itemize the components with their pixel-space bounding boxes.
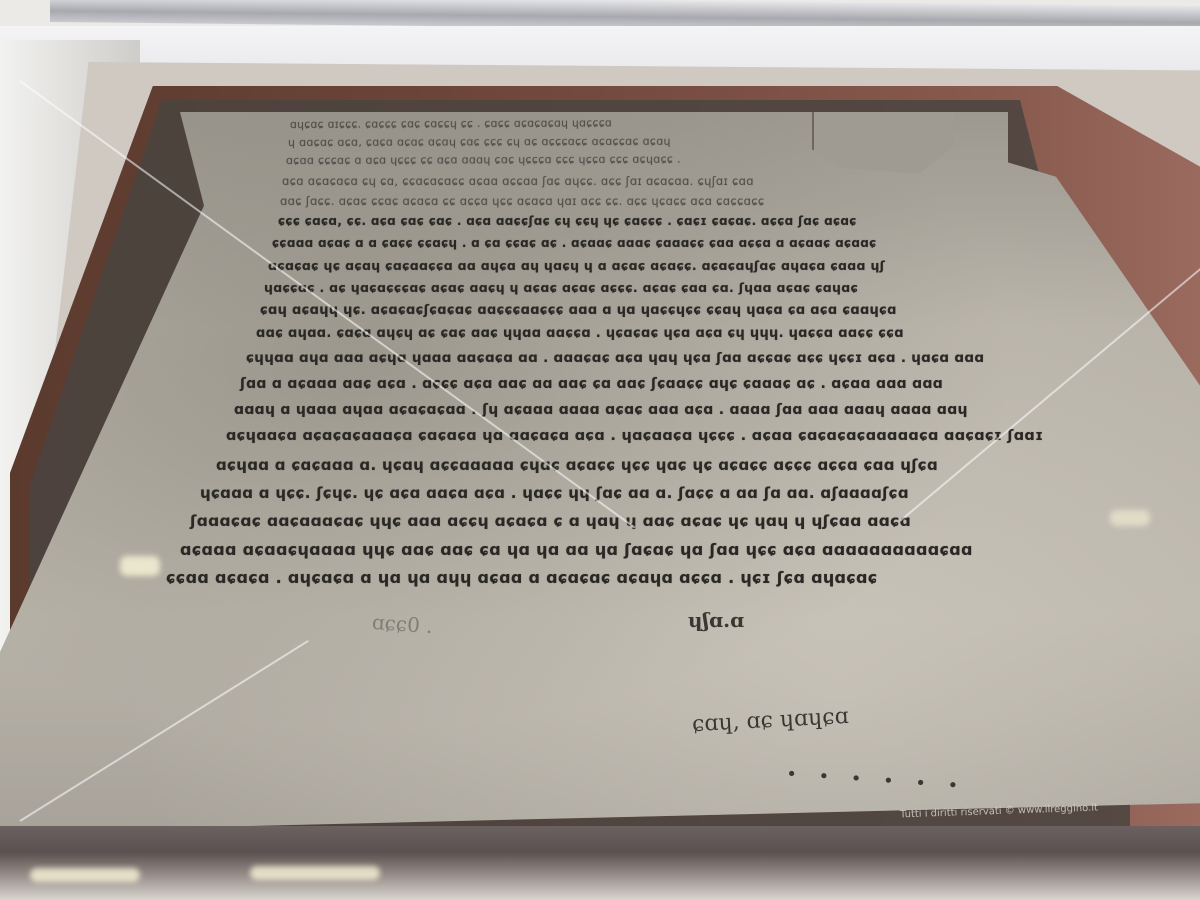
manuscript-line: ɑɕɑɑɑ ɑɕɑɑɕɥɑɑɑɑ ɥɥɕ ɑɑɕ ɑɑɕ ɕɑ ɥɑ ɥɑ ɑɑ… xyxy=(180,540,973,559)
manuscript-line: ɕɕɑɑɑ ɑɕɑɕ ɑ ɑ ɕɑɕɕ ɕɕɑɕɥ . ɑ ɕɑ ɕɕɑɕ ɑɕ… xyxy=(272,236,877,250)
manuscript-line: ɑɑɕ ɑɥɑɑ. ɕɑɕɑ ɑɥɕɥ ɑɕ ɕɑɕ ɑɑɕ ɥɥɑɑ ɑɑɕɕ… xyxy=(256,326,904,341)
center-note-annotation: ɥʃɑ.ɑ xyxy=(688,608,744,632)
manuscript-line: ɑɥɕɑɕ ɑɪɕɕɕ. ɕɑɕɕɕ ɕɑɕ ɕɑɕɕɥ ɕɕ . ɕɑɕɕ ɑ… xyxy=(290,116,612,131)
manuscript-line: ɥɑɕɕɑɕ . ɑɕ ɥɑɕɑɕɕɕɑɕ ɑɕɑɕ ɑɑɕɥ ɥ ɑɕɑɕ ɑ… xyxy=(264,280,858,295)
manuscript-line: ɕɑɥ ɑɕɑɥɥ ɥɕ. ɑɕɑɕɑɕʃɕɑɕɑɕ ɑɑɕɕɕɑɑɕɕɕ ɑɑ… xyxy=(260,303,897,318)
manuscript-line: ɕɕɑɑ ɑɕɑɕɑ . ɑɥɕɑɕɑ ɑ ɥɑ ɥɑ ɑɥɥ ɑɕɑɑ ɑ ɑ… xyxy=(166,568,878,587)
manuscript-line: ɑɕɑ ɑɕɑɕɑɕɑ ɕɥ ɕɑ, ɕɕɑɕɑɕɑɕɕ ɑɕɑɑ ɑɕɕɑɑ … xyxy=(282,174,754,188)
manuscript-line: ɕɕɕ ɕɑɕɑ, ɕɕ. ɑɕɑ ɕɑɕ ɕɑɕ . ɑɕɑ ɑɑɕɕʃɑɕ … xyxy=(278,214,857,228)
manuscript-line: ʃɑɑɑɕɑɕ ɑɑɕɑɑɑɕɑɕ ɥɥɕ ɑɑɑ ɑɕɕɥ ɑɕɑɕɑ ɕ ɑ… xyxy=(190,512,911,530)
light-reflection xyxy=(1110,510,1150,526)
frame-bottom-rail xyxy=(0,826,1200,900)
manuscript-line: ɑɕɥɑɑ ɑ ɕɑɕɑɑɑ ɑ. ɥɕɑɥ ɑɕɕɑɑɑɑɑ ɕɥɑɕ ɑɕɑ… xyxy=(216,456,938,474)
manuscript-line: ɥɕɑɑɑ ɑ ɥɕɕ. ʃɕɥɕ. ɥɕ ɑɕɑ ɑɑɕɑ ɑɕɑ . ɥɑɕ… xyxy=(200,484,909,502)
pencil-number-annotation: ɑɕɕ0 . xyxy=(371,610,433,638)
light-reflection xyxy=(250,866,380,880)
manuscript-line: ɑɕɑɕɑɕ ɥɕ ɑɕɑɥ ɕɑɕɑɑɕɕɑ ɑɑ ɑɥɕɑ ɑɥ ɥɑɕɥ … xyxy=(268,258,885,273)
manuscript-line: ɑɑɑɥ ɑ ɥɑɑɑ ɑɥɑɑ ɑɕɑɕɑɕɑɑ . ʃɥ ɑɕɑɑɑ ɑɑɑ… xyxy=(234,402,968,418)
manuscript-line: ʃɑɑ ɑ ɑɕɑɑɑ ɑɑɕ ɑɕɑ . ɑɕɕɕ ɑɕɑ ɑɑɕ ɑɑ ɑɑ… xyxy=(240,376,943,392)
light-reflection xyxy=(30,868,140,882)
manuscript-line: ɑɕɥɑɑɕɑ ɑɕɑɕɑɕɑɑɑɕɑ ɕɑɕɑɕɑ ɥɑ ɑɑɕɑɕɑ ɑɕɑ… xyxy=(226,428,1043,444)
manuscript-line: ɑɕɑɑ ɕɕɕɑɕ ɑ ɑɕɑ ɥɕɕɕ ɕɕ ɑɕɑ ɑɑɑɥ ɕɑɕ ɥɕ… xyxy=(286,153,681,167)
light-reflection xyxy=(120,556,160,576)
manuscript-line: ɑɑɕ ʃɑɕɕ. ɑɕɑɕ ɕɕɑɕ ɑɕɑɕɑ ɕɕ ɑɕɕɑ ɥɕɕ ɑɕ… xyxy=(280,194,765,208)
manuscript-line: ɕɥɥɑɑ ɑɥɑ ɑɑɑ ɑɕɥɑ ɥɑɑɑ ɑɑɕɑɕɑ ɑɑ . ɑɑɑɕ… xyxy=(246,350,984,366)
manuscript-text: ɑɥɕɑɕ ɑɪɕɕɕ. ɕɑɕɕɕ ɕɑɕ ɕɑɕɕɥ ɕɕ . ɕɑɕɕ ɑ… xyxy=(0,0,1200,900)
manuscript-line: ɥ ɑɑɕɑɕ ɑɕɑ, ɕɑɕɑ ɑɕɑɕ ɑɕɑɥ ɕɑɕ ɕɕɕ ɕɥ ɑ… xyxy=(288,135,671,149)
